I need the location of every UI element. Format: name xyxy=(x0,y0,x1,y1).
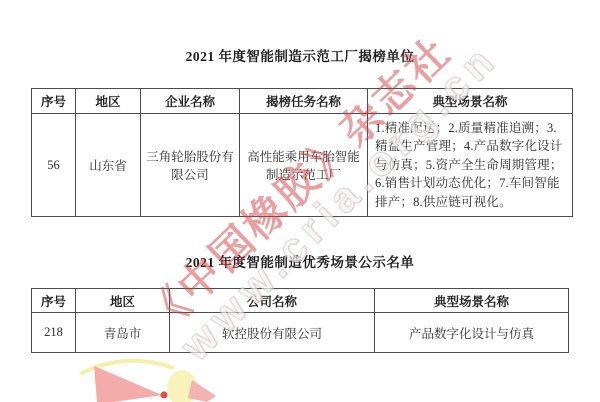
header-no: 序号 xyxy=(32,289,76,313)
header-company: 企业名称 xyxy=(141,89,240,114)
cell-scenario: 产品数字化设计与仿真 xyxy=(375,313,569,353)
header-region: 地区 xyxy=(76,289,170,313)
cell-no: 218 xyxy=(32,313,76,353)
header-company: 公司名称 xyxy=(170,289,375,313)
cell-scenarios: 1.精准配送；2.质量精准追溯；3.精益生产管理；4.产品数字化设计与仿真；5.… xyxy=(368,114,573,217)
header-no: 序号 xyxy=(32,89,76,114)
document-page: 2021 年度智能制造示范工厂揭榜单位 序号 地区 企业名称 揭榜任务名称 典型… xyxy=(0,0,600,402)
cell-company: 三角轮胎股份有限公司 xyxy=(141,114,240,217)
excellent-scenario-table: 序号 地区 公司名称 典型场景名称 218 青岛市 软控股份有限公司 产品数字化… xyxy=(31,288,569,353)
logo-right-wing xyxy=(188,380,216,402)
logo-needle xyxy=(94,366,162,402)
compass-logo-icon xyxy=(64,356,216,402)
demo-factory-table: 序号 地区 企业名称 揭榜任务名称 典型场景名称 56 山东省 三角轮胎股份有限… xyxy=(31,88,573,217)
header-scenario: 典型场景名称 xyxy=(375,289,569,313)
cell-task: 高性能乘用车胎智能制造示范工厂 xyxy=(240,114,368,217)
cell-region: 青岛市 xyxy=(76,313,170,353)
header-task: 揭榜任务名称 xyxy=(240,89,368,114)
logo-red-dot xyxy=(160,391,167,398)
section1-title: 2021 年度智能制造示范工厂揭榜单位 xyxy=(0,45,600,65)
header-region: 地区 xyxy=(76,89,141,114)
table-header-row: 序号 地区 企业名称 揭榜任务名称 典型场景名称 xyxy=(32,89,573,114)
cell-region: 山东省 xyxy=(76,114,141,217)
table-header-row: 序号 地区 公司名称 典型场景名称 xyxy=(32,289,569,313)
section2-title: 2021 年度智能制造优秀场景公示名单 xyxy=(0,251,600,271)
header-scenarios: 典型场景名称 xyxy=(368,89,573,114)
logo-arc xyxy=(80,361,174,374)
cell-no: 56 xyxy=(32,114,76,217)
cell-company: 软控股份有限公司 xyxy=(170,313,375,353)
table-row: 218 青岛市 软控股份有限公司 产品数字化设计与仿真 xyxy=(32,313,569,353)
table-row: 56 山东省 三角轮胎股份有限公司 高性能乘用车胎智能制造示范工厂 1.精准配送… xyxy=(32,114,573,217)
